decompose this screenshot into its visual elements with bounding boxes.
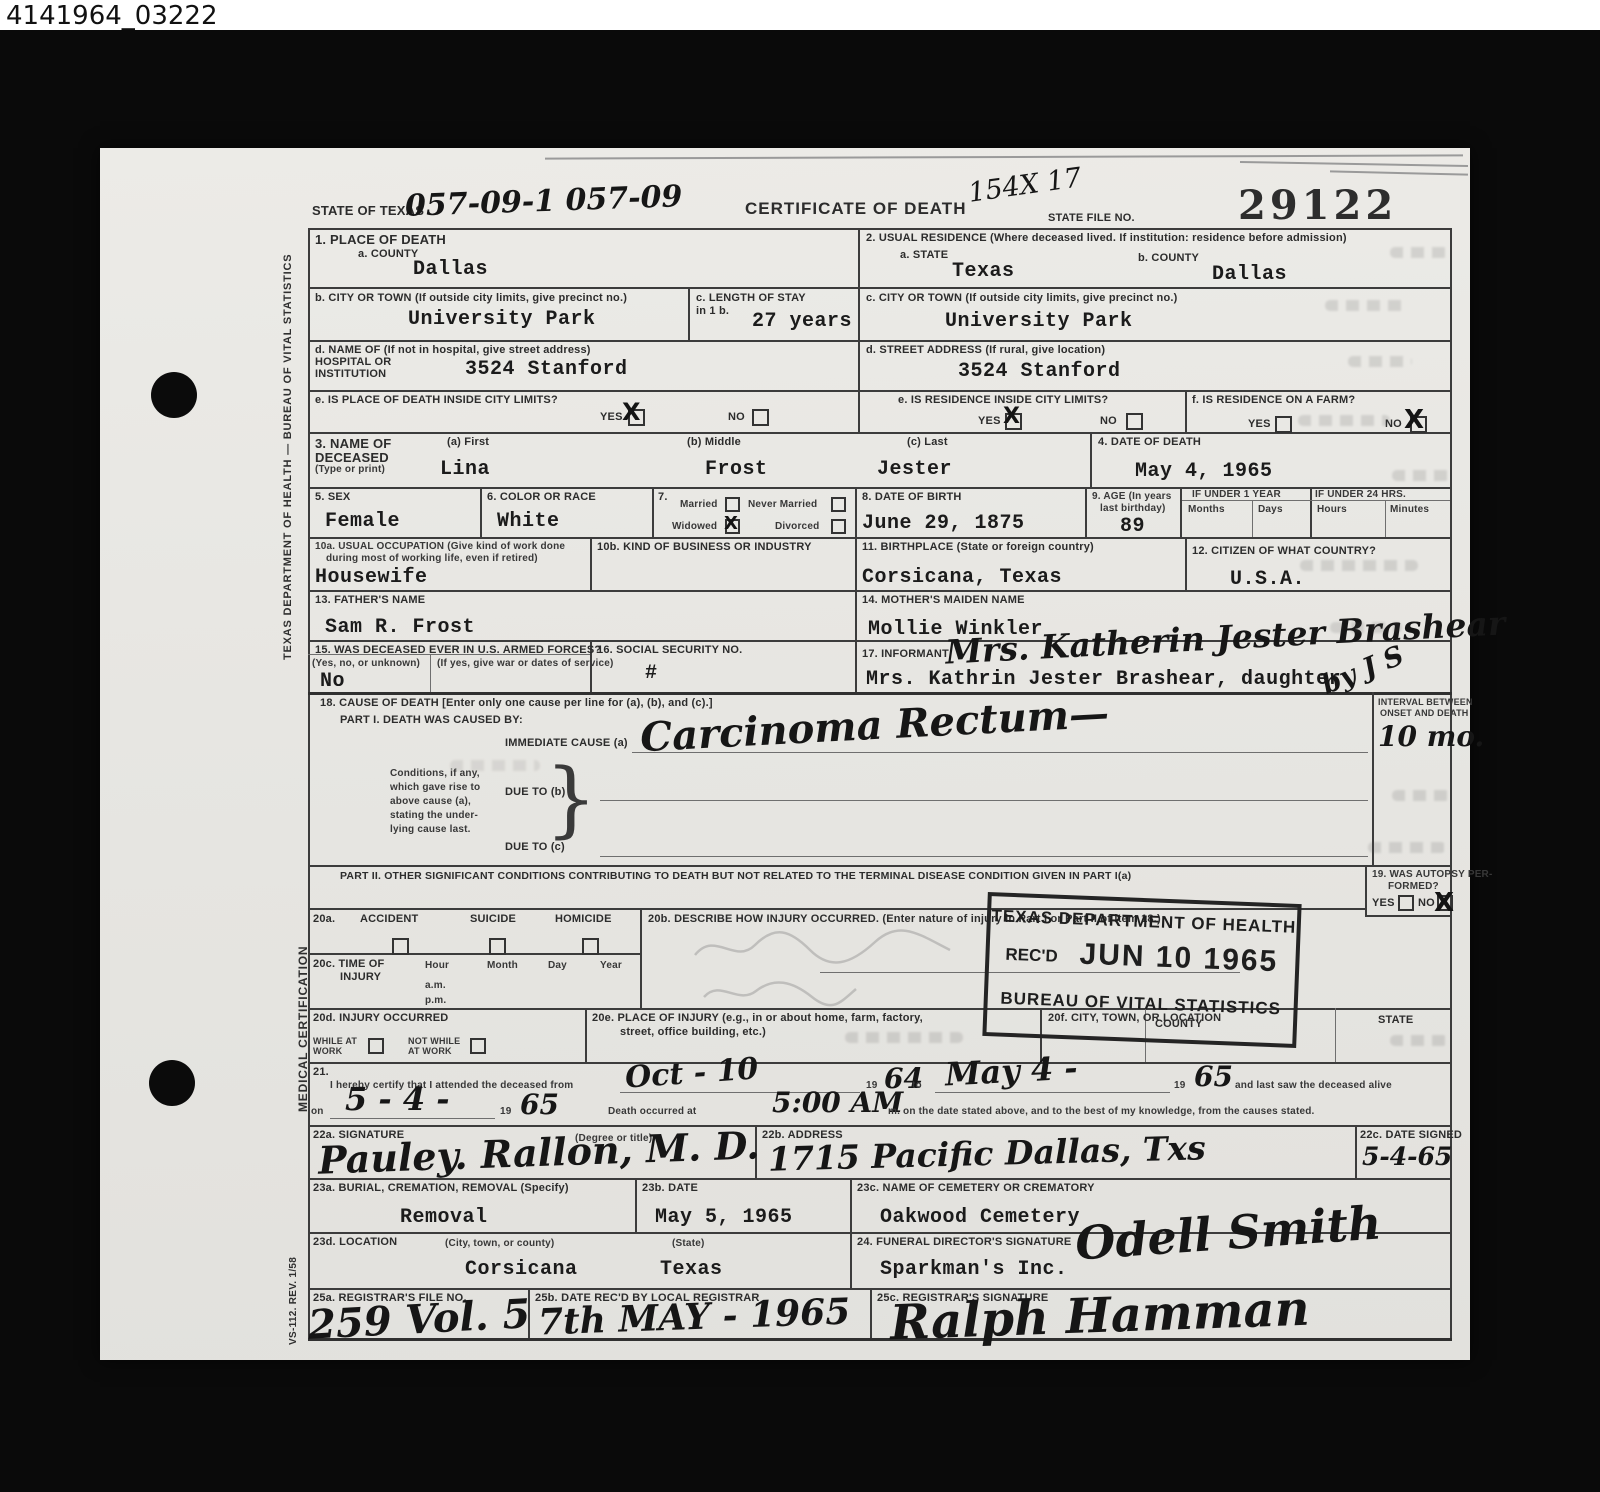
f7-widowed-xmark: X: [724, 513, 738, 534]
f19-yes-label: YES: [1372, 897, 1395, 909]
f1e-no-label: NO: [728, 411, 745, 423]
f9-hours-label: Hours: [1317, 504, 1347, 515]
bleed-mark: [1392, 790, 1450, 801]
divider-10a-10b: [590, 537, 592, 590]
f14-label: 14. MOTHER'S MAIDEN NAME: [862, 594, 1025, 606]
divider-3-4: [1090, 432, 1092, 487]
f15-sub1: (Yes, no, or unknown): [312, 658, 420, 669]
f21-line: [330, 1118, 495, 1119]
f23d-sub2: (State): [672, 1238, 705, 1249]
f23c-value: Oakwood Cemetery: [880, 1206, 1080, 1229]
f3-middle-label: (b) Middle: [687, 436, 741, 448]
divider-13-14: [855, 590, 857, 640]
divider-11-12: [1185, 537, 1187, 590]
f18-interval-value: 10 mo.: [1378, 720, 1484, 753]
f1c-label: c. LENGTH OF STAY: [696, 292, 806, 304]
f2a-label: a. STATE: [900, 249, 948, 261]
due-c-writing-line: [600, 856, 1368, 857]
f2e-no-label: NO: [1100, 415, 1117, 427]
bleed-mark: [1390, 1035, 1448, 1046]
bleed-mark: [845, 1032, 963, 1043]
f21-yr2-handwriting: 65: [1194, 1060, 1233, 1093]
f20c-hour-label: Hour: [425, 960, 449, 971]
divider-23b-23c: [850, 1178, 852, 1232]
f3-label3: (Type or print): [315, 464, 385, 475]
f2f-label: f. IS RESIDENCE ON A FARM?: [1192, 394, 1355, 406]
f2c-label: c. CITY OR TOWN (If outside city limits,…: [866, 292, 1178, 304]
f20a-accident-label: ACCIDENT: [360, 913, 418, 925]
f21-num: 21.: [313, 1066, 329, 1078]
f2d-value: 3524 Stanford: [958, 360, 1121, 383]
f17-typed-name: Mrs. Kathrin Jester Brashear, daughter: [866, 668, 1341, 691]
f8-label: 8. DATE OF BIRTH: [862, 491, 962, 503]
table-border-top: [308, 228, 1452, 230]
f20d-label: 20d. INJURY OCCURRED: [313, 1012, 448, 1024]
f18-brace: }: [545, 752, 597, 847]
divider-16-17: [855, 640, 857, 692]
under-year-header-line: [1182, 500, 1450, 501]
divider-hours-minutes: [1385, 500, 1386, 537]
f20d-while-label1: WHILE AT: [313, 1036, 357, 1046]
f5-label: 5. SEX: [315, 491, 350, 503]
f7-never-married-label: Never Married: [748, 499, 817, 510]
f3-label2: DECEASED: [315, 450, 389, 465]
f1e-label: e. IS PLACE OF DEATH INSIDE CITY LIMITS?: [315, 394, 558, 406]
f1a-label: a. COUNTY: [358, 248, 418, 260]
f20a-accident-checkbox: [392, 938, 409, 955]
f21-line: [935, 1092, 1170, 1093]
f20d-notwhile-checkbox: [470, 1038, 486, 1054]
f21-certify-text2: and last saw the deceased alive: [1235, 1080, 1392, 1091]
f1a-value: Dallas: [413, 258, 488, 281]
bleed-mark: [1325, 300, 1409, 311]
divider-county-state: [1335, 1008, 1336, 1062]
f3-label1: 3. NAME OF: [315, 436, 391, 451]
punch-hole: [149, 1060, 195, 1106]
f6-label: 6. COLOR OR RACE: [487, 491, 596, 503]
divider-8-9: [1085, 487, 1087, 537]
f20c-label2: INJURY: [340, 971, 381, 983]
f18-cond5: lying cause last.: [390, 824, 471, 835]
f21-on-date-handwriting: 5 - 4 -: [345, 1080, 450, 1118]
divider-7-8: [855, 487, 857, 537]
f2e-yes-label: YES: [978, 415, 1001, 427]
f1c-value: 27 years: [752, 310, 852, 333]
f1b-value: University Park: [408, 308, 596, 331]
f15-sub2: (If yes, give war or dates of service): [437, 658, 614, 669]
f21-certify-text3: Death occurred at: [608, 1106, 696, 1117]
f19-no-xmark: X: [1434, 888, 1454, 918]
f3-last-value: Jester: [877, 458, 952, 481]
f13-label: 13. FATHER'S NAME: [315, 594, 425, 606]
f21-to-date-handwriting: May 4 -: [944, 1049, 1078, 1094]
f6-value: White: [497, 510, 560, 533]
f23a-label: 23a. BURIAL, CREMATION, REMOVAL (Specify…: [313, 1182, 569, 1194]
scanned-document-viewer: 4141964_03222 TEXAS DEPARTMENT OF HEALTH…: [0, 0, 1600, 1492]
divider-under1-under24: [1310, 487, 1312, 537]
f2c-value: University Park: [945, 310, 1133, 333]
f19-yes-checkbox: [1398, 895, 1414, 911]
f3-first-value: Lina: [440, 458, 490, 481]
f11-value: Corsicana, Texas: [862, 566, 1062, 589]
f1-title: 1. PLACE OF DEATH: [315, 232, 446, 247]
f21-to-label: to: [912, 1080, 922, 1091]
divider-20d-20e: [585, 1008, 587, 1062]
f1d-label3: INSTITUTION: [315, 368, 386, 380]
bleed-mark: [1392, 470, 1450, 481]
ghost-handwriting: [700, 975, 860, 1011]
f23d-state-value: Texas: [660, 1258, 723, 1281]
f10b-label: 10b. KIND OF BUSINESS OR INDUSTRY: [597, 541, 812, 553]
f2e-no-checkbox: [1126, 413, 1143, 430]
f16-label: 16. SOCIAL SECURITY NO.: [597, 644, 742, 656]
f2a-value: Texas: [952, 260, 1015, 283]
f7-label: 7.: [658, 491, 668, 503]
f21-yr2-printed: 19: [1174, 1080, 1186, 1091]
f15-value: No: [320, 670, 345, 693]
divider-25b-25c: [870, 1288, 872, 1338]
f19-no-label: NO: [1418, 897, 1435, 909]
row-line: [308, 865, 1452, 867]
f12-value: U.S.A.: [1230, 568, 1305, 591]
f21-certify-text4: m. on the date stated above, and to the …: [888, 1106, 1315, 1117]
f9-under1-header: IF UNDER 1 YEAR: [1192, 489, 1281, 500]
bleed-mark: [1298, 415, 1390, 426]
margin-form-number: VS-112. REV. 1/58: [288, 1257, 299, 1345]
divider-6-7: [652, 487, 654, 537]
f18-due-c-label: DUE TO (c): [505, 841, 565, 853]
f2b-value: Dallas: [1212, 263, 1287, 286]
scan-header-strip: 4141964_03222: [0, 0, 1600, 30]
f1c-label2: in 1 b.: [696, 305, 729, 317]
f1e-yes-xmark: X: [622, 398, 641, 426]
f18-interval-label1: INTERVAL BETWEEN: [1378, 697, 1473, 707]
row-line: [308, 287, 1452, 289]
f4-label: 4. DATE OF DEATH: [1098, 436, 1201, 448]
stamp-recd: REC'D: [1005, 945, 1058, 967]
f4-value: May 4, 1965: [1135, 460, 1273, 483]
f20a-num: 20a.: [313, 913, 335, 925]
punch-hole: [151, 372, 197, 418]
f20d-notwhile-label2: AT WORK: [408, 1046, 452, 1056]
divider-5-6: [480, 487, 482, 537]
f23c-label: 23c. NAME OF CEMETERY OR CREMATORY: [857, 1182, 1095, 1194]
divider-22b-22c: [1355, 1125, 1357, 1178]
f21-yr3-handwriting: 65: [520, 1088, 559, 1121]
divider-2e-2f: [1185, 390, 1187, 432]
f20f-state-label: STATE: [1378, 1014, 1413, 1026]
f15-label: 15. WAS DECEASED EVER IN U.S. ARMED FORC…: [315, 644, 601, 656]
f20a-suicide-checkbox: [489, 938, 506, 955]
certificate-title: CERTIFICATE OF DEATH: [745, 199, 966, 219]
f19-label1: 19. WAS AUTOPSY PER-: [1372, 869, 1493, 880]
divider-1-2: [858, 228, 860, 432]
divider-23d-24: [850, 1232, 852, 1288]
f2d-label: d. STREET ADDRESS (If rural, give locati…: [866, 344, 1105, 356]
f7-widowed-label: Widowed: [672, 521, 717, 532]
f11-label: 11. BIRTHPLACE (State or foreign country…: [862, 541, 1094, 553]
f1e-yes-label: YES: [600, 411, 623, 423]
table-border-left: [308, 228, 310, 1340]
row-line: [308, 537, 1452, 539]
row-line: [308, 1125, 1452, 1127]
f7-divorced-checkbox: [831, 519, 846, 534]
f9-label2: last birthday): [1100, 503, 1166, 514]
f10a-label2: during most of working life, even if ret…: [326, 553, 538, 564]
f20e-label1: 20e. PLACE OF INJURY (e.g., in or about …: [592, 1012, 923, 1024]
f23b-value: May 5, 1965: [655, 1206, 793, 1229]
f18-interval-label2: ONSET AND DEATH: [1380, 708, 1469, 718]
f8-value: June 29, 1875: [862, 512, 1025, 535]
f20e-label2: street, office building, etc.): [620, 1026, 766, 1038]
f3-last-label: (c) Last: [907, 436, 948, 448]
f18-title: 18. CAUSE OF DEATH [Enter only one cause…: [320, 697, 713, 709]
f23d-city-value: Corsicana: [465, 1258, 578, 1281]
divider-23a-23b: [635, 1178, 637, 1232]
f18-cond4: stating the under-: [390, 810, 478, 821]
f7-never-married-checkbox: [831, 497, 846, 512]
f7-married-label: Married: [680, 499, 718, 510]
f5-value: Female: [325, 510, 400, 533]
f23d-label: 23d. LOCATION: [313, 1236, 397, 1248]
divider-20a-20b: [640, 908, 642, 1008]
f9-value: 89: [1120, 515, 1145, 538]
f10a-label1: 10a. USUAL OCCUPATION (Give kind of work…: [315, 541, 565, 552]
f9-label1: 9. AGE (In years: [1092, 491, 1172, 502]
f18-cond3: above cause (a),: [390, 796, 471, 807]
due-b-writing-line: [600, 800, 1368, 801]
f3-middle-value: Frost: [705, 458, 768, 481]
f10a-value: Housewife: [315, 566, 428, 589]
f19-label2: FORMED?: [1388, 881, 1439, 892]
row-line: [308, 1062, 1452, 1064]
state-file-number-stamp: 29122: [1238, 182, 1397, 229]
f18-part2: PART II. OTHER SIGNIFICANT CONDITIONS CO…: [340, 870, 1131, 882]
f20a-homicide-label: HOMICIDE: [555, 913, 612, 925]
f21-time-handwriting: 5:00 AM: [772, 1086, 903, 1119]
f21-on-label: on: [311, 1106, 324, 1117]
f15-sub-divider: [430, 654, 431, 692]
divider-months-days: [1252, 500, 1253, 537]
margin-department-text: TEXAS DEPARTMENT OF HEALTH — BUREAU OF V…: [282, 254, 294, 660]
row-line: [308, 390, 1452, 392]
f2b-label: b. COUNTY: [1138, 252, 1199, 264]
f20c-am-label: a.m.: [425, 980, 446, 991]
f20c-day-label: Day: [548, 960, 567, 971]
f22c-label: 22c. DATE SIGNED: [1360, 1129, 1462, 1141]
f7-married-checkbox: [725, 497, 740, 512]
f9-days-label: Days: [1258, 504, 1283, 515]
f3-first-label: (a) First: [447, 436, 489, 448]
autopsy-cell-divider: [1365, 865, 1367, 915]
f1b-label: b. CITY OR TOWN (If outside city limits,…: [315, 292, 627, 304]
state-file-no-label: STATE FILE NO.: [1048, 212, 1135, 224]
f20c-pm-label: p.m.: [425, 995, 446, 1006]
f20c-year-label: Year: [600, 960, 622, 971]
f16-value: #: [645, 662, 658, 685]
divider-1b-1c: [688, 287, 690, 340]
f20d-while-checkbox: [368, 1038, 384, 1054]
f23d-sub1: (City, town, or county): [445, 1238, 554, 1249]
stamp-line2: BUREAU OF VITAL STATISTICS: [987, 988, 1294, 1020]
f2f-yes-label: YES: [1248, 418, 1271, 430]
f23a-value: Removal: [400, 1206, 488, 1229]
f24-typed-value: Sparkman's Inc.: [880, 1258, 1068, 1281]
f20c-month-label: Month: [487, 960, 518, 971]
bleed-mark: [1330, 622, 1402, 633]
divider-10b-11: [855, 537, 857, 590]
f1d-value: 3524 Stanford: [465, 358, 628, 381]
interval-column-divider: [1372, 692, 1374, 865]
f13-value: Sam R. Frost: [325, 616, 475, 639]
bleed-mark: [1368, 842, 1446, 853]
row-line: [308, 340, 1452, 342]
f18-cond2: which gave rise to: [390, 782, 480, 793]
f20d-notwhile-label1: NOT WHILE: [408, 1036, 460, 1046]
f24-label: 24. FUNERAL DIRECTOR'S SIGNATURE: [857, 1236, 1071, 1248]
f1e-no-checkbox: [752, 409, 769, 426]
f2-title: 2. USUAL RESIDENCE (Where deceased lived…: [866, 232, 1347, 244]
f9-months-label: Months: [1188, 504, 1225, 515]
stamp-line1: TEXAS DEPARTMENT OF HEALTH: [991, 906, 1298, 938]
divider-9-under1: [1180, 487, 1182, 537]
scan-id-label: 4141964_03222: [6, 1, 218, 31]
f20a-suicide-label: SUICIDE: [470, 913, 516, 925]
ghost-handwriting: [690, 920, 960, 970]
bleed-mark: [450, 760, 540, 771]
table-border-right: [1450, 228, 1452, 1340]
f9-under24-header: IF UNDER 24 HRS.: [1315, 489, 1406, 500]
f18-part1: PART I. DEATH WAS CAUSED BY:: [340, 714, 523, 726]
f1d-label: d. NAME OF (If not in hospital, give str…: [315, 344, 591, 356]
received-stamp: TEXAS DEPARTMENT OF HEALTH REC'D JUN 10 …: [982, 892, 1301, 1048]
f2f-no-xmark: X: [1404, 405, 1424, 435]
row-line: [308, 1178, 1452, 1180]
f20a-homicide-checkbox: [582, 938, 599, 955]
f1d-label2: HOSPITAL OR: [315, 356, 391, 368]
f17-label: 17. INFORMANT: [862, 648, 949, 660]
f9-minutes-label: Minutes: [1390, 504, 1429, 515]
f23b-label: 23b. DATE: [642, 1182, 698, 1194]
f18-due-b-label: DUE TO (b): [505, 786, 565, 798]
f20c-label1: 20c. TIME OF: [313, 958, 384, 970]
stamp-date: JUN 10 1965: [1079, 938, 1279, 980]
f20d-while-label2: WORK: [313, 1046, 342, 1056]
f2f-yes-checkbox: [1275, 416, 1292, 433]
f22c-date-handwriting: 5-4-65: [1362, 1142, 1452, 1171]
bleed-mark: [1300, 560, 1418, 571]
f21-yr3-printed: 19: [500, 1106, 512, 1117]
f12-label: 12. CITIZEN OF WHAT COUNTRY?: [1192, 545, 1376, 557]
bleed-mark: [1390, 247, 1448, 258]
medical-section-line: [308, 692, 1452, 695]
f7-divorced-label: Divorced: [775, 521, 819, 532]
f2e-yes-xmark: X: [1003, 404, 1020, 429]
f18-immediate-label: IMMEDIATE CAUSE (a): [505, 737, 628, 749]
bleed-mark: [1348, 356, 1412, 367]
